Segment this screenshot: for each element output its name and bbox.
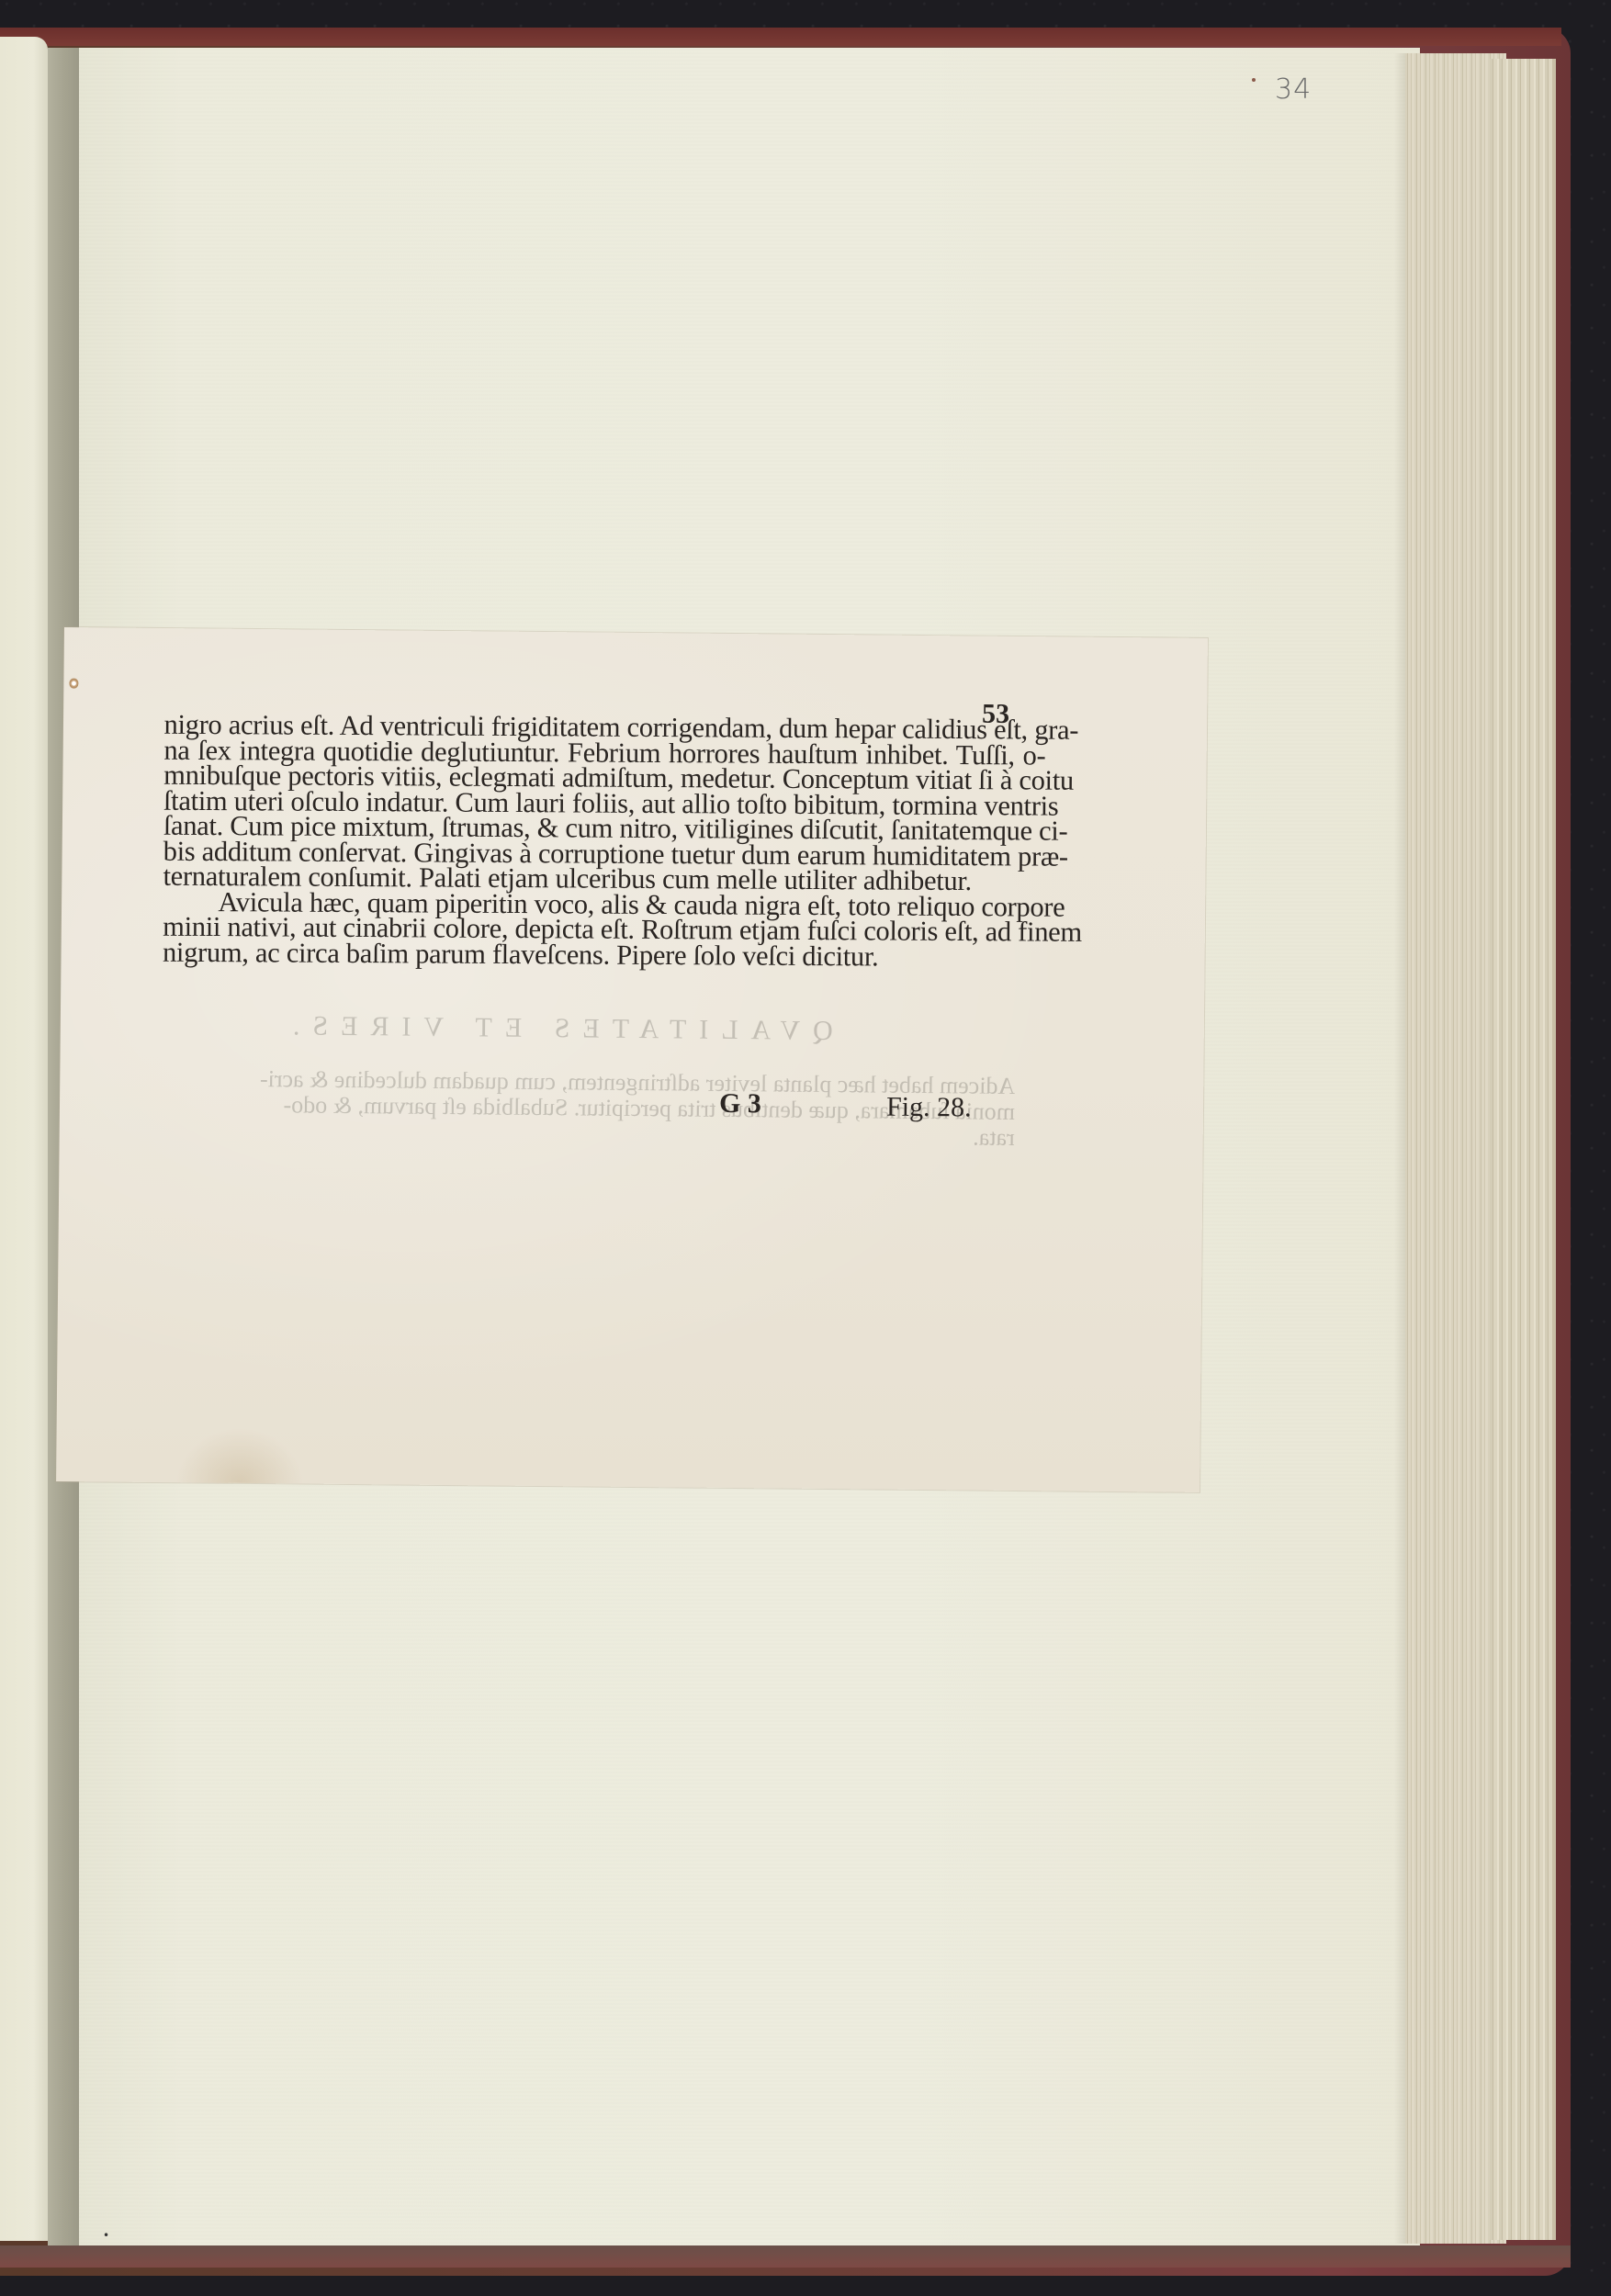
bleed-through-heading: QVALITATES ET VIRES.	[97, 1011, 1016, 1046]
water-stain	[175, 1427, 305, 1483]
figure-label: Fig. 28.	[886, 1092, 972, 1124]
signature-mark: G 3	[719, 1088, 761, 1120]
cover-bottom-edge	[0, 2245, 1571, 2268]
page-stack-edges-outer	[1490, 59, 1556, 2240]
left-page-edge	[0, 37, 48, 2241]
handwritten-folio-number: 34	[1275, 73, 1312, 106]
pencil-dot	[1252, 78, 1256, 82]
pasted-text-slip: QVALITATES ET VIRES. Adicem habet hæc pl…	[56, 627, 1208, 1492]
pin-hole-mark	[69, 678, 78, 689]
cover-top-edge	[0, 28, 1561, 46]
printed-text-block: nigro acrius eſt. Ad ventriculi frigidit…	[163, 713, 1046, 971]
ink-speck: •	[103, 2229, 112, 2236]
